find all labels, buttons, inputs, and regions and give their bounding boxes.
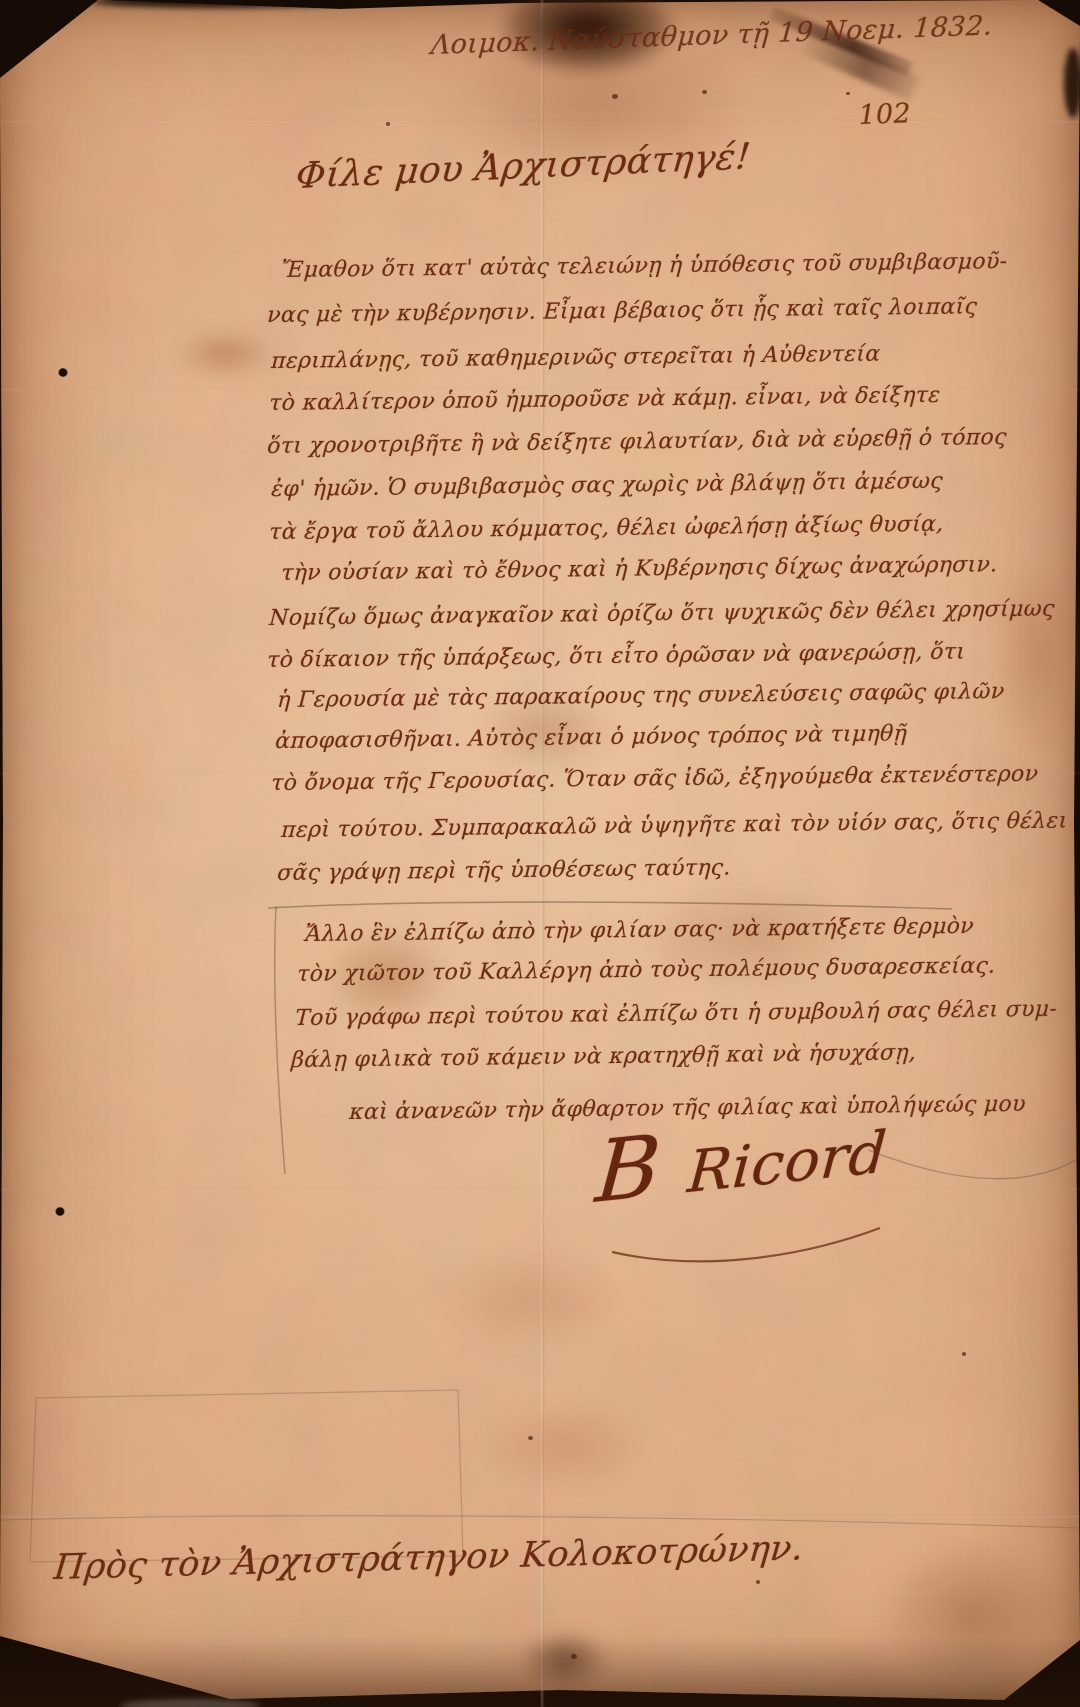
- paper-blotches: [0, 0, 1080, 1707]
- photographed-letter: Λοιμοκ. Ναύσταθμον τῇ 19 Νοεμ. 1832. 102…: [0, 0, 1080, 1707]
